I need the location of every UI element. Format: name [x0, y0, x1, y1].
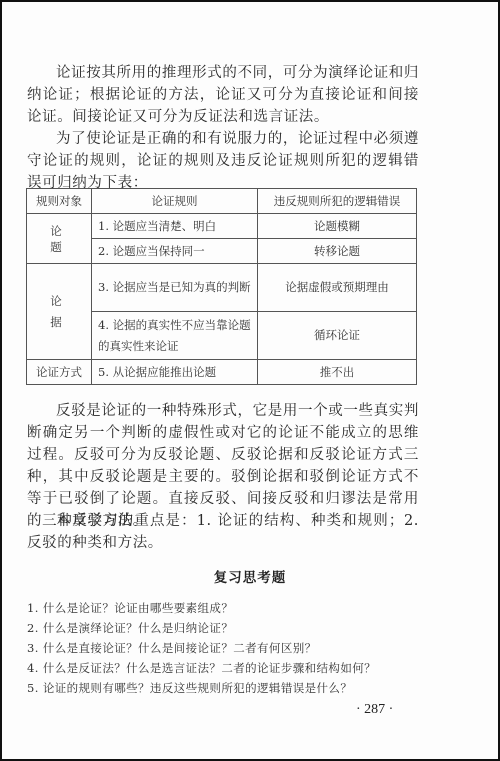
error-cell: 推不出	[258, 360, 417, 385]
table-row: 论 题 1. 论题应当清楚、明白 论题模糊	[27, 214, 417, 239]
paragraph-rules-intro: 为了使论证是正确的和有说服力的，论证过程中必须遵守论证的规则，论证的规则及违反论…	[27, 128, 419, 194]
object-thesis: 论 题	[27, 214, 92, 264]
rule-cell: 4. 论据的真实性不应当靠论题的真实性来论证	[92, 312, 258, 360]
page-number: · 287 ·	[356, 702, 393, 718]
object-method: 论证方式	[27, 360, 92, 385]
paragraph-key-points: 本章学习的重点是：1. 论证的结构、种类和规则；2. 反驳的种类和方法。	[27, 510, 419, 554]
table-header-row: 规则对象 论证规则 违反规则所犯的逻辑错误	[27, 189, 417, 214]
error-cell: 论题模糊	[258, 214, 417, 239]
error-cell: 转移论题	[258, 239, 417, 264]
paragraph-text: 为了使论证是正确的和有说服力的，论证过程中必须遵守论证的规则，论证的规则及违反论…	[27, 131, 419, 191]
rule-cell: 3. 论据应当是已知为真的判断	[92, 264, 258, 312]
review-title: 复习思考题	[0, 566, 500, 586]
question-item: 4. 什么是反证法？什么是选言证法？二者的论证步骤和结构如何？	[27, 658, 376, 678]
paragraph-argument-types: 论证按其所用的推理形式的不同，可分为演绎论证和归纳论证；根据论证的方法，论证又可…	[27, 62, 419, 128]
question-item: 5. 论证的规则有哪些？违反这些规则所犯的逻辑错误是什么？	[27, 678, 376, 698]
table-row: 论 据 3. 论据应当是已知为真的判断 论据虚假或预期理由	[27, 264, 417, 312]
header-error: 违反规则所犯的逻辑错误	[258, 189, 417, 214]
rule-cell: 2. 论题应当保持同一	[92, 239, 258, 264]
review-questions: 1. 什么是论证？论证由哪些要素组成？ 2. 什么是演绎论证？什么是归纳论证？ …	[27, 598, 376, 698]
rules-table: 规则对象 论证规则 违反规则所犯的逻辑错误 论 题 1. 论题应当清楚、明白 论…	[26, 188, 417, 385]
rule-cell: 5. 从论据应能推出论题	[92, 360, 258, 385]
error-cell: 论据虚假或预期理由	[258, 264, 417, 312]
question-item: 3. 什么是直接论证？什么是间接论证？二者有何区别？	[27, 638, 376, 658]
error-cell: 循环论证	[258, 312, 417, 360]
header-rule: 论证规则	[92, 189, 258, 214]
question-item: 1. 什么是论证？论证由哪些要素组成？	[27, 598, 376, 618]
paragraph-text: 本章学习的重点是：1. 论证的结构、种类和规则；2. 反驳的种类和方法。	[27, 513, 419, 551]
header-object: 规则对象	[27, 189, 92, 214]
rule-cell: 1. 论题应当清楚、明白	[92, 214, 258, 239]
paragraph-text: 论证按其所用的推理形式的不同，可分为演绎论证和归纳论证；根据论证的方法，论证又可…	[27, 65, 419, 125]
object-grounds: 论 据	[27, 264, 92, 360]
question-item: 2. 什么是演绎论证？什么是归纳论证？	[27, 618, 376, 638]
table-row: 论证方式 5. 从论据应能推出论题 推不出	[27, 360, 417, 385]
